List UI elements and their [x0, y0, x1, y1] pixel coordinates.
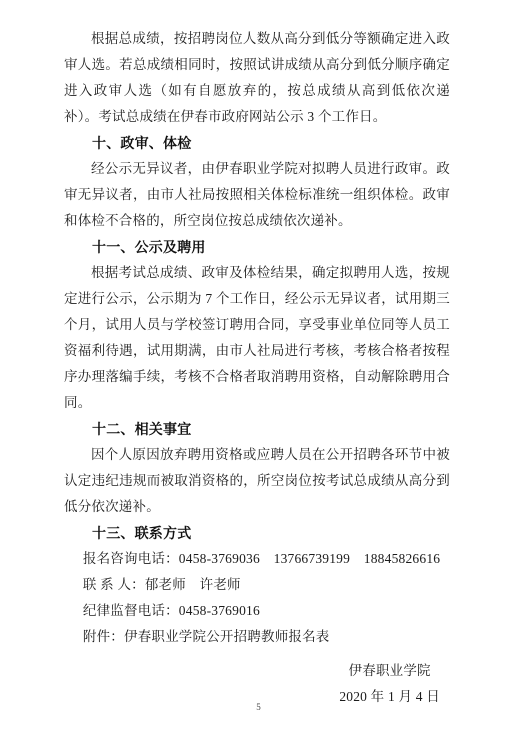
- section-heading-11: 十一、公示及聘用: [64, 234, 450, 260]
- signature-organization: 伊春职业学院: [339, 658, 440, 684]
- document-page: 根据总成绩，按招聘岗位人数从高分到低分等额确定进入政审人选。若总成绩相同时，按照…: [0, 0, 517, 732]
- section-heading-12: 十二、相关事宜: [64, 416, 450, 442]
- paragraph-section-12: 因个人原因放弃聘用资格或应聘人员在公开招聘各环节中被认定违纪违规而被取消资格的，…: [64, 442, 450, 520]
- page-number: 5: [0, 702, 517, 712]
- paragraph-total-score: 根据总成绩，按招聘岗位人数从高分到低分等额确定进入政审人选。若总成绩相同时，按照…: [64, 26, 450, 130]
- contact-person-line: 联 系 人：郁老师 许老师: [64, 572, 450, 598]
- paragraph-section-11: 根据考试总成绩、政审及体检结果，确定拟聘用人选，按规定进行公示，公示期为 7 个…: [64, 260, 450, 416]
- section-heading-13: 十三、联系方式: [64, 520, 450, 546]
- document-body: 根据总成绩，按招聘岗位人数从高分到低分等额确定进入政审人选。若总成绩相同时，按照…: [64, 26, 450, 710]
- attachment-line: 附件：伊春职业学院公开招聘教师报名表: [64, 624, 450, 650]
- discipline-phone-line: 纪律监督电话：0458-3769016: [64, 598, 450, 624]
- contact-phone-line: 报名咨询电话：0458-3769036 13766739199 18845826…: [64, 546, 450, 572]
- paragraph-section-10: 经公示无异议者，由伊春职业学院对拟聘人员进行政审。政审无异议者，由市人社局按照相…: [64, 156, 450, 234]
- section-heading-10: 十、政审、体检: [64, 130, 450, 156]
